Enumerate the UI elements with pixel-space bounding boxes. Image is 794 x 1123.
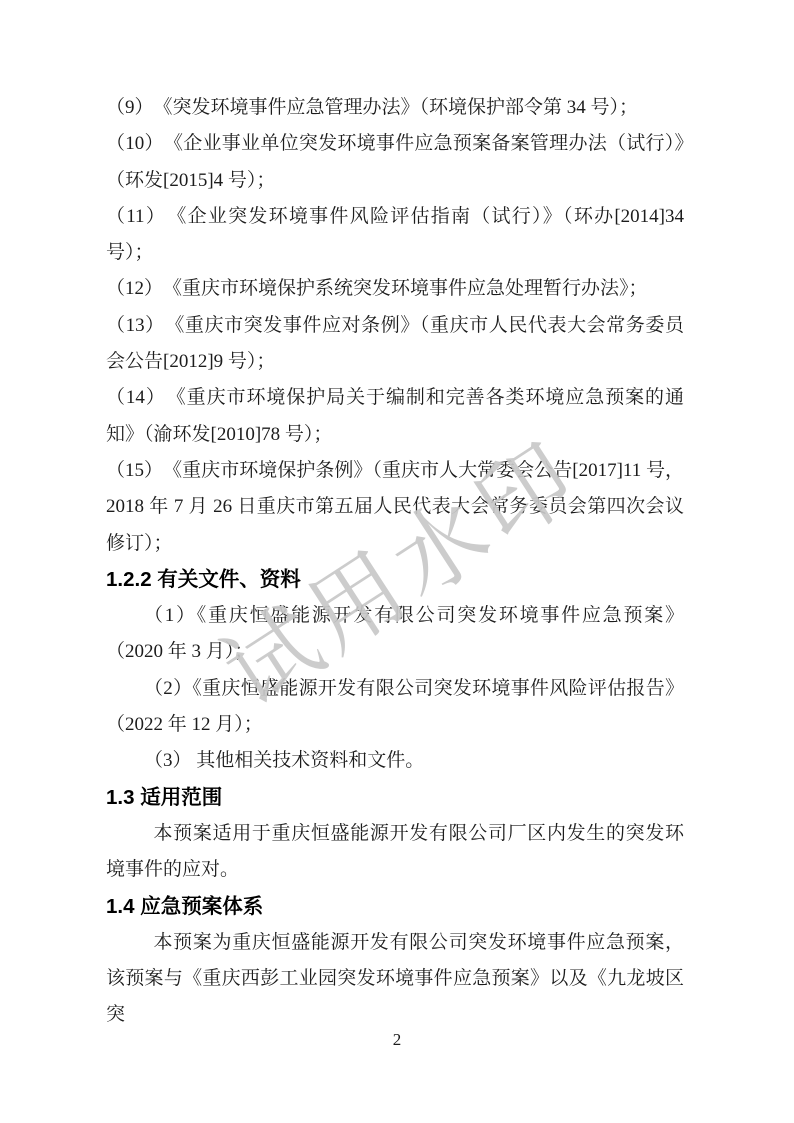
reference-item-10: （10） 《企业事业单位突发环境事件应急预案备案管理办法（试行）》（环发[201… xyxy=(106,126,684,199)
page-body: （9） 《突发环境事件应急管理办法》（环境保护部令第 34 号）； （10） 《… xyxy=(106,90,684,1034)
document-item-3: （3） 其他相关技术资料和文件。 xyxy=(106,743,684,779)
reference-item-9: （9） 《突发环境事件应急管理办法》（环境保护部令第 34 号）； xyxy=(106,90,684,126)
paragraph-plan-system: 本预案为重庆恒盛能源开发有限公司突发环境事件应急预案，该预案与《重庆西彭工业园突… xyxy=(106,925,684,1034)
page-number: 2 xyxy=(0,1028,794,1052)
reference-item-13: （13） 《重庆市突发事件应对条例》（重庆市人民代表大会常务委员会公告[2012… xyxy=(106,308,684,381)
paragraph-scope: 本预案适用于重庆恒盛能源开发有限公司厂区内发生的突发环境事件的应对。 xyxy=(106,816,684,889)
document-item-2: （2）《重庆恒盛能源开发有限公司突发环境事件风险评估报告》（2022 年 12 … xyxy=(106,671,684,744)
reference-item-14: （14） 《重庆市环境保护局关于编制和完善各类环境应急预案的通知》（渝环发[20… xyxy=(106,380,684,453)
reference-item-12: （12） 《重庆市环境保护系统突发环境事件应急处理暂行办法》； xyxy=(106,271,684,307)
section-heading-1-4: 1.4 应急预案体系 xyxy=(106,889,684,925)
reference-item-11: （11） 《企业突发环境事件风险评估指南（试行）》（环办[2014]34 号）； xyxy=(106,199,684,272)
section-heading-1-3: 1.3 适用范围 xyxy=(106,780,684,816)
section-heading-1-2-2: 1.2.2 有关文件、资料 xyxy=(106,562,684,598)
document-page: （9） 《突发环境事件应急管理办法》（环境保护部令第 34 号）； （10） 《… xyxy=(0,0,794,1123)
reference-item-15: （15） 《重庆市环境保护条例》（重庆市人大常委会公告[2017]11 号，20… xyxy=(106,453,684,562)
document-item-1: （1）《重庆恒盛能源开发有限公司突发环境事件应急预案》（2020 年 3 月）； xyxy=(106,598,684,671)
